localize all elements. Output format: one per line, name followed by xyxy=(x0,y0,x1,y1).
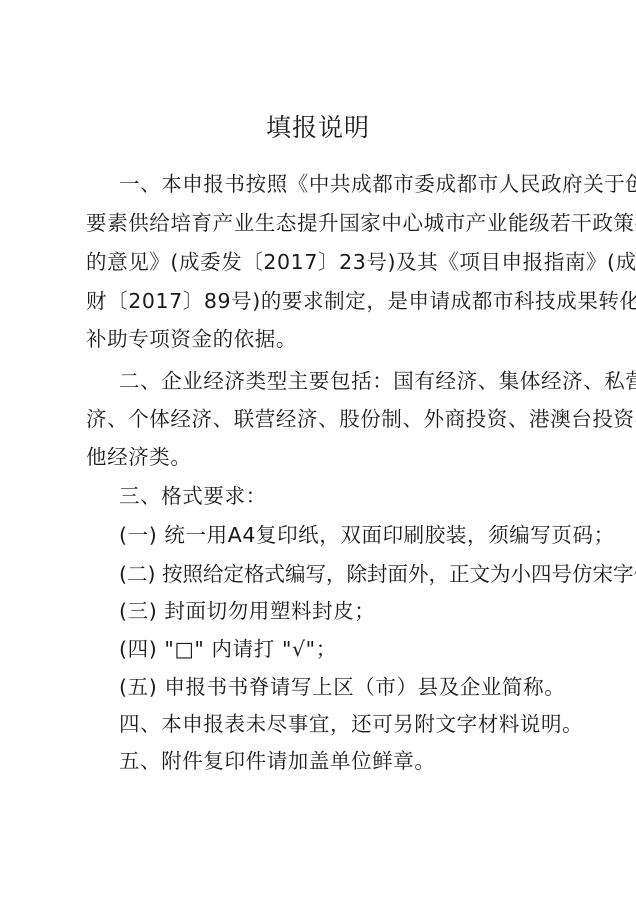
section-1-line-1: 一、本申报书按照《中共成都市委成都市人民政府关于创新 xyxy=(119,170,564,198)
format-item-1: (一) 统一用A4复印纸，双面印刷胶装，须编写页码； xyxy=(119,521,615,549)
format-item-5: (五) 申报书书脊请写上区（市）县及企业简称。 xyxy=(119,673,565,701)
document-page: 填报说明 一、本申报书按照《中共成都市委成都市人民政府关于创新 要素供给培育产业… xyxy=(0,0,636,900)
document-title: 填报说明 xyxy=(0,112,636,144)
format-item-4: (四) "□" 内请打 "√"； xyxy=(119,635,337,663)
section-2-line-3: 他经济类。 xyxy=(86,443,192,471)
section-1-line-2: 要素供给培育产业生态提升国家中心城市产业能级若干政策措施 xyxy=(86,209,564,237)
format-item-3: (三) 封面切勿用塑料封皮； xyxy=(119,597,375,625)
section-5-text: 五、附件复印件请加盖单位鲜章。 xyxy=(119,747,436,775)
section-1-line-3: 的意见》(成委发〔2017〕23号)及其《项目申报指南》(成经信 xyxy=(86,248,564,276)
section-2-line-1: 二、企业经济类型主要包括：国有经济、集体经济、私营经 xyxy=(119,367,564,395)
section-1-line-4: 财〔2017〕89号)的要求制定，是申请成都市科技成果转化项目 xyxy=(86,287,564,315)
section-2-line-2: 济、个体经济、联营经济、股份制、外商投资、港澳台投资与其 xyxy=(86,405,564,433)
format-item-2: (二) 按照给定格式编写，除封面外，正文为小四号仿宋字体； xyxy=(119,560,636,588)
section-4-text: 四、本申报表未尽事宜，还可另附文字材料说明。 xyxy=(119,710,583,738)
section-1-line-5: 补助专项资金的依据。 xyxy=(86,325,297,353)
section-3-heading: 三、格式要求： xyxy=(119,482,267,510)
